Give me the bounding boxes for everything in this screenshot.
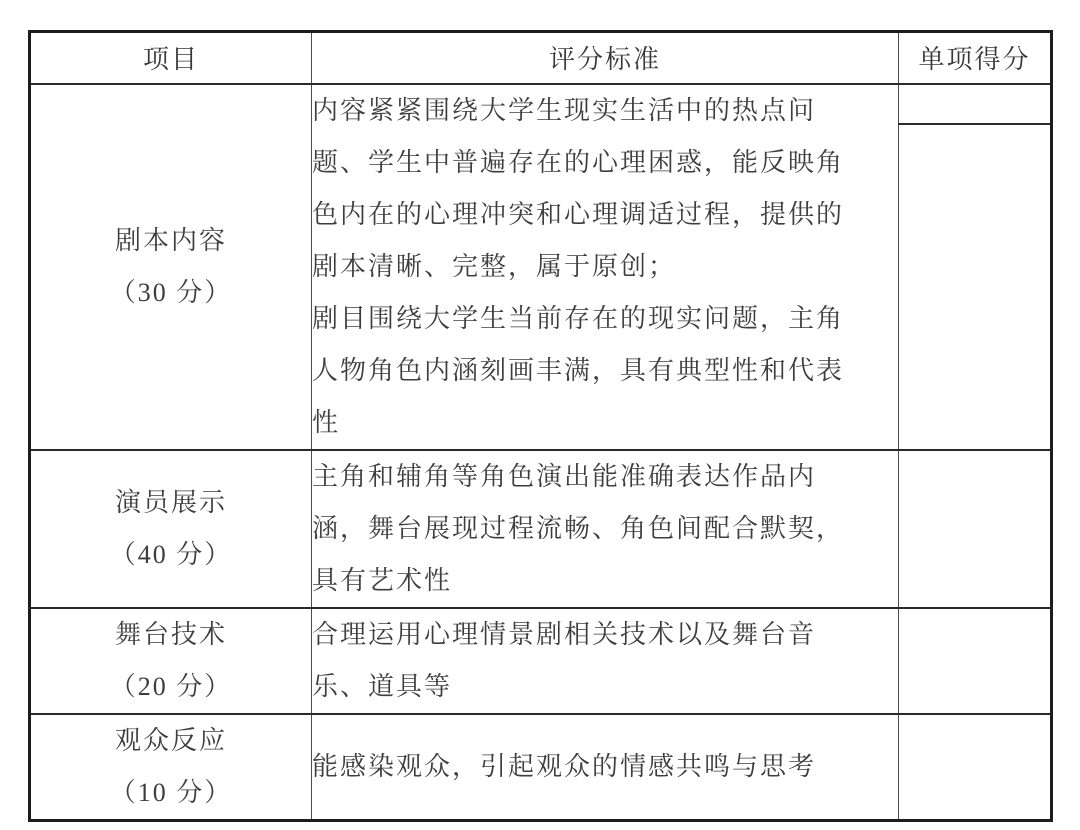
item-points: （10 分） bbox=[31, 767, 311, 819]
item-points: （40 分） bbox=[31, 529, 311, 581]
table-row-audience-reaction: 观众反应 （10 分） 能感染观众，引起观众的情感共鸣与思考 bbox=[30, 714, 1052, 821]
criteria-cell-script-content: 内容紧紧围绕大学生现实生活中的热点问 题、学生中普遍存在的心理困惑，能反映角 色… bbox=[312, 84, 899, 450]
table-header-row: 项目 评分标准 单项得分 bbox=[30, 32, 1052, 84]
score-cell-stage-technique[interactable] bbox=[899, 608, 1052, 714]
score-cell-script-content-top[interactable] bbox=[899, 84, 1052, 125]
table-row-actor-performance: 演员展示 （40 分） 主角和辅角等角色演出能准确表达作品内 涵，舞台展现过程流… bbox=[30, 450, 1052, 608]
score-cell-audience-reaction[interactable] bbox=[899, 714, 1052, 821]
criteria-cell-actor-performance: 主角和辅角等角色演出能准确表达作品内 涵，舞台展现过程流畅、角色间配合默契， 具… bbox=[312, 450, 899, 608]
column-header-criteria: 评分标准 bbox=[312, 32, 899, 84]
score-cell-actor-performance[interactable] bbox=[899, 450, 1052, 608]
score-cell-script-content[interactable] bbox=[899, 124, 1052, 449]
item-label: 剧本内容 bbox=[31, 215, 311, 267]
scoring-rubric-table: 项目 评分标准 单项得分 剧本内容 （30 分） 内容紧紧围绕大学生现实生活中的… bbox=[28, 30, 1053, 822]
item-cell-script-content: 剧本内容 （30 分） bbox=[30, 84, 312, 450]
item-cell-actor-performance: 演员展示 （40 分） bbox=[30, 450, 312, 608]
item-label: 观众反应 bbox=[31, 715, 311, 767]
table-row-stage-technique: 舞台技术 （20 分） 合理运用心理情景剧相关技术以及舞台音 乐、道具等 bbox=[30, 608, 1052, 714]
item-cell-stage-technique: 舞台技术 （20 分） bbox=[30, 608, 312, 714]
column-header-score: 单项得分 bbox=[899, 32, 1052, 84]
item-label: 舞台技术 bbox=[31, 609, 311, 661]
column-header-item: 项目 bbox=[30, 32, 312, 84]
criteria-cell-stage-technique: 合理运用心理情景剧相关技术以及舞台音 乐、道具等 bbox=[312, 608, 899, 714]
item-cell-audience-reaction: 观众反应 （10 分） bbox=[30, 714, 312, 821]
item-points: （30 分） bbox=[31, 267, 311, 319]
document-page: 项目 评分标准 单项得分 剧本内容 （30 分） 内容紧紧围绕大学生现实生活中的… bbox=[0, 0, 1080, 830]
table-row-script-content: 剧本内容 （30 分） 内容紧紧围绕大学生现实生活中的热点问 题、学生中普遍存在… bbox=[30, 84, 1052, 125]
criteria-cell-audience-reaction: 能感染观众，引起观众的情感共鸣与思考 bbox=[312, 714, 899, 821]
item-points: （20 分） bbox=[31, 661, 311, 713]
item-label: 演员展示 bbox=[31, 477, 311, 529]
